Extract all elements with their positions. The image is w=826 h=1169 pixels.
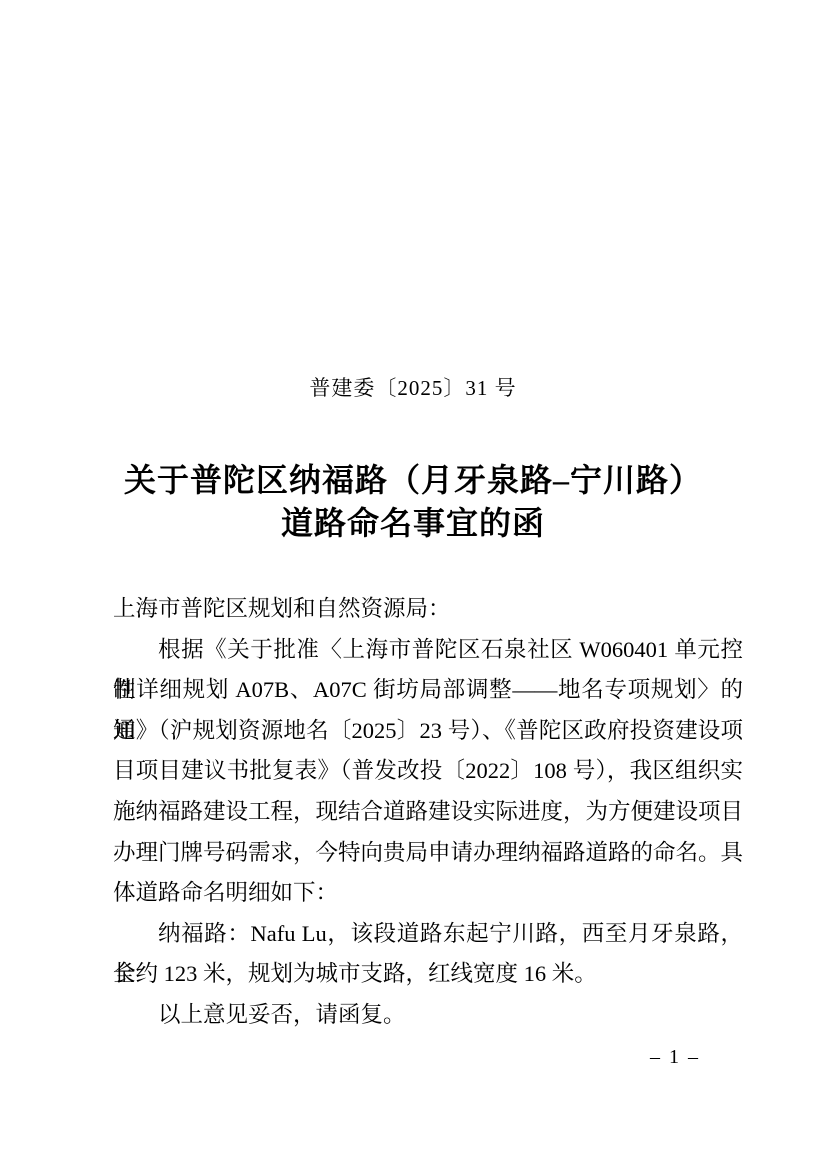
doc-number: 普建委〔2025〕31 号 [0,372,826,402]
body-line: 办理门牌号码需求，今特向贵局申请办理纳福路道路的命名。具 [113,833,743,874]
body-line: 根据《关于批准〈上海市普陀区石泉社区 W060401 单元控制 [113,630,743,671]
body-line: 体道路命名明细如下： [113,873,743,914]
body-line: 目项目建议书批复表》（普发改投〔2022〕108 号），我区组织实 [113,751,743,792]
page-number: – 1 – [650,1046,700,1069]
document-title: 关于普陀区纳福路（月牙泉路–宁川路） 道路命名事宜的函 [0,459,826,545]
document-page: 普建委〔2025〕31 号 关于普陀区纳福路（月牙泉路–宁川路） 道路命名事宜的… [0,0,826,1169]
body-line: 施纳福路建设工程，现结合道路建设实际进度，为方便建设项目 [113,792,743,833]
salutation: 上海市普陀区规划和自然资源局： [113,589,743,630]
body-line: 纳福路：Nafu Lu，该段道路东起宁川路，西至月牙泉路，全 [113,914,743,955]
body-line: 长约 123 米，规划为城市支路，红线宽度 16 米。 [113,954,743,995]
body-line: 知》（沪规划资源地名〔2025〕23 号）、《普陀区政府投资建设项 [113,711,743,752]
body-line: 以上意见妥否，请函复。 [113,995,743,1036]
title-line-2: 道路命名事宜的函 [281,505,545,541]
body-line: 性详细规划 A07B、A07C 街坊局部调整——地名专项规划〉的通 [113,670,743,711]
document-body: 上海市普陀区规划和自然资源局： 根据《关于批准〈上海市普陀区石泉社区 W0604… [113,589,743,1036]
title-line-1: 关于普陀区纳福路（月牙泉路–宁川路） [124,462,702,498]
